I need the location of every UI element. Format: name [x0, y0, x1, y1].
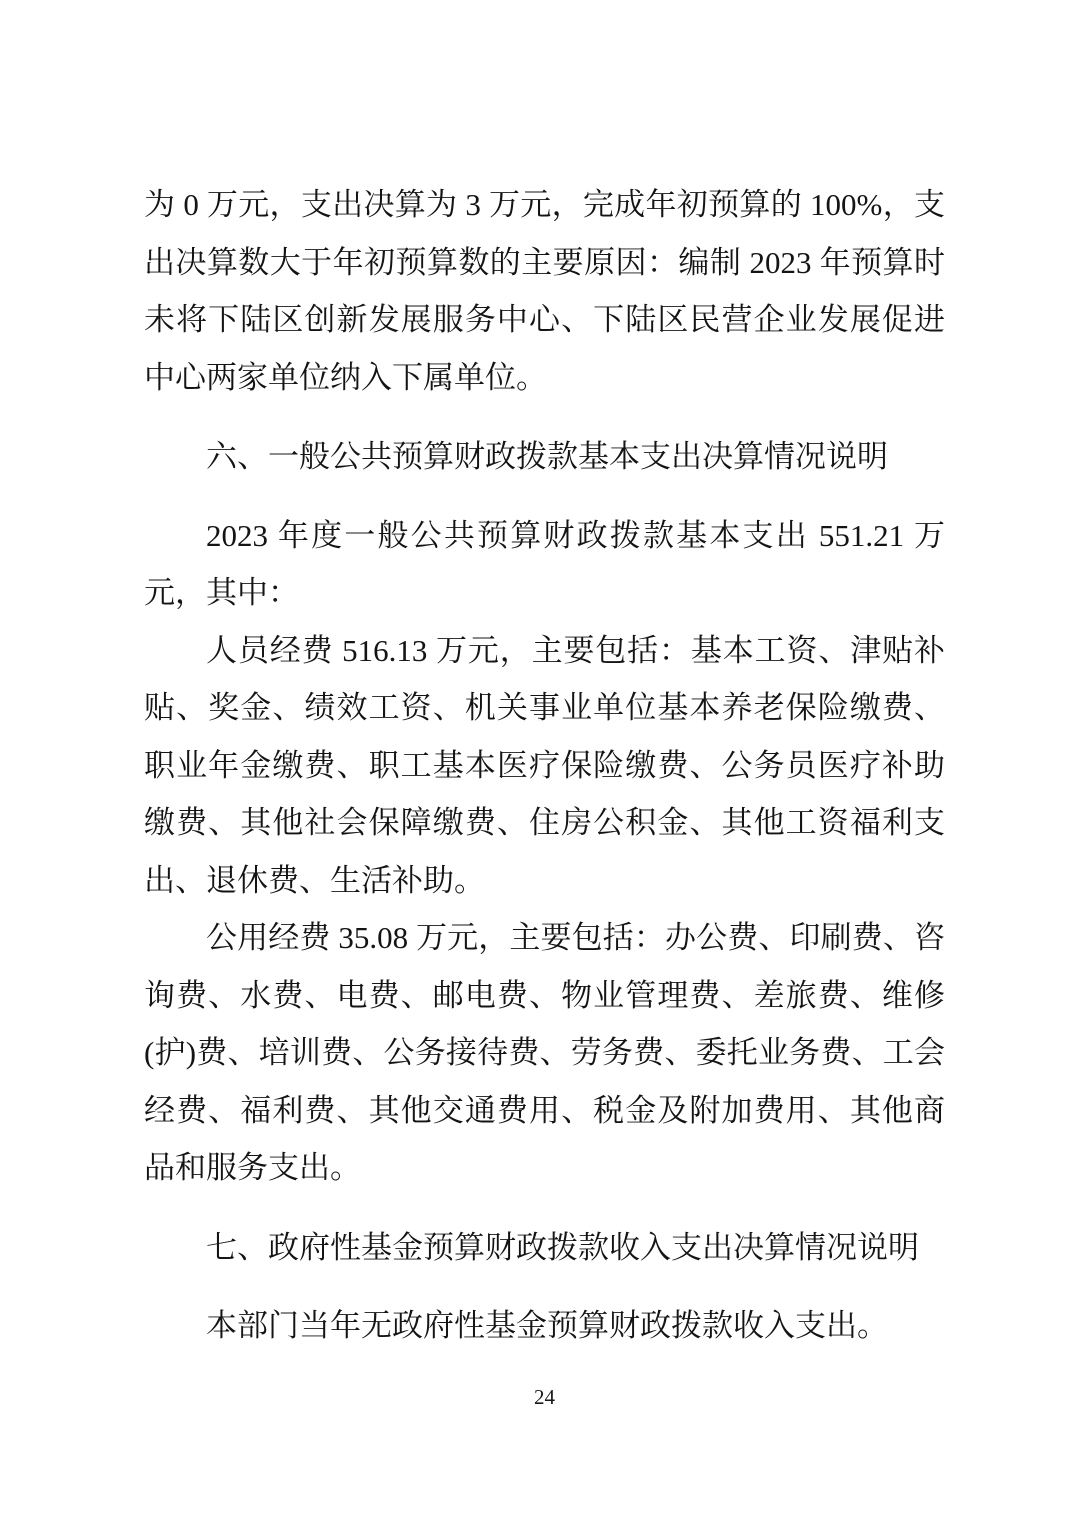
section-heading-7-government-fund-budget: 七、政府性基金预算财政拨款收入支出决算情况说明	[144, 1219, 945, 1277]
page-number: 24	[144, 1382, 945, 1412]
section-heading-6-basic-expenditure: 六、一般公共预算财政拨款基本支出决算情况说明	[144, 428, 945, 486]
paragraph-public-funds: 公用经费 35.08 万元，主要包括：办公费、印刷费、咨询费、水费、电费、邮电费…	[144, 909, 945, 1197]
document-page: 为 0 万元，支出决算为 3 万元，完成年初预算的 100%，支出决算数大于年初…	[0, 0, 1074, 1520]
paragraph-basic-expenditure-total: 2023 年度一般公共预算财政拨款基本支出 551.21 万元，其中：	[144, 507, 945, 622]
paragraph-no-government-fund: 本部门当年无政府性基金预算财政拨款收入支出。	[144, 1297, 945, 1355]
paragraph-personnel-funds: 人员经费 516.13 万元，主要包括：基本工资、津贴补贴、奖金、绩效工资、机关…	[144, 622, 945, 910]
paragraph-continued-expenditure-explanation: 为 0 万元，支出决算为 3 万元，完成年初预算的 100%，支出决算数大于年初…	[144, 176, 945, 406]
document-text-block: 为 0 万元，支出决算为 3 万元，完成年初预算的 100%，支出决算数大于年初…	[144, 176, 945, 1355]
